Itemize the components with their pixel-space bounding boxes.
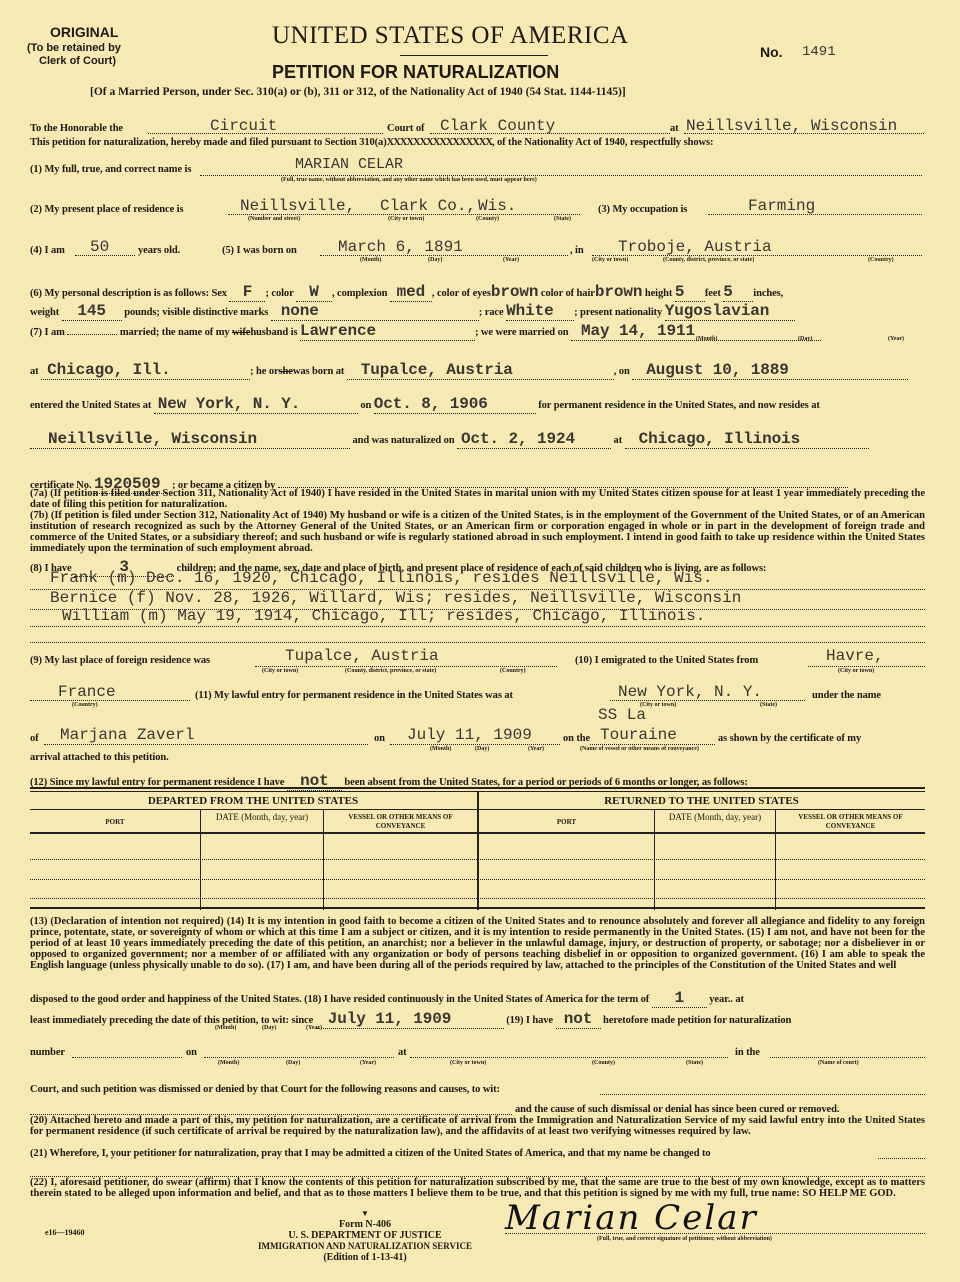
q10-label: (10) I emigrated to the United States fr… <box>575 655 758 666</box>
retained-note-1: (To be retained by <box>27 42 121 54</box>
sex: F <box>229 283 265 302</box>
marriage-place: Chicago, Ill. <box>41 361 250 380</box>
court-county: Clark County <box>440 117 555 135</box>
arrival-label: arrival attached to this petition. <box>30 752 169 763</box>
cap: (City or town) <box>262 668 298 674</box>
in-the-label: in the <box>735 1047 760 1058</box>
current-residence: Neillsville, Wisconsin <box>30 430 350 449</box>
q21-text: (21) Wherefore, I, your petitioner for n… <box>30 1148 711 1159</box>
cap: (Month) <box>215 1025 236 1031</box>
section-note: [Of a Married Person, under Sec. 310(a) … <box>90 86 626 98</box>
table-row <box>30 859 925 860</box>
cap: (Name of court) <box>818 1060 859 1066</box>
title-rule <box>400 55 548 56</box>
cap: (City or town) <box>838 668 874 674</box>
nationality: Yugoslavian <box>665 302 795 321</box>
child-entry: William (m) May 19, 1914, Chicago, Ill; … <box>62 607 705 625</box>
distinctive-marks: none <box>271 302 479 321</box>
naturalization-petition: ORIGINAL (To be retained by Clerk of Cou… <box>0 0 960 1282</box>
edition: (Edition of 1-13-41) <box>250 1252 480 1263</box>
absence-table: DEPARTED FROM THE UNITED STATES RETURNED… <box>30 792 925 910</box>
cap: (Day) <box>475 746 489 752</box>
department: U. S. DEPARTMENT OF JUSTICE <box>250 1230 480 1241</box>
spouse-birthplace: Tupalce, Austria <box>347 361 614 380</box>
birth-date: March 6, 1891 <box>338 238 463 256</box>
col-date: DATE (Month, day, year) <box>655 812 775 822</box>
prior-petition-status: not <box>556 1010 601 1029</box>
print-code: e16—19460 <box>45 1228 85 1237</box>
entry-date: Oct. 8, 1906 <box>374 395 536 414</box>
table-row <box>30 898 925 899</box>
cap: (State) <box>686 1060 703 1066</box>
cap: (County, district, province, or state) <box>663 257 754 263</box>
table-row <box>30 879 925 880</box>
entry-date-lawful: July 11, 1909 <box>407 726 532 744</box>
q18-line1: disposed to the good order and happiness… <box>30 989 744 1008</box>
cap: (City or town) <box>592 257 628 263</box>
birth-place: Troboje, Austria <box>618 238 772 256</box>
entry-name: Marjana Zaverl <box>60 726 194 744</box>
departed-header: DEPARTED FROM THE UNITED STATES <box>30 795 476 807</box>
number-label: number <box>30 1047 65 1058</box>
q7a-text: (7a) (If petition is filed under Section… <box>30 488 925 510</box>
on-label: on <box>374 733 385 744</box>
cap: (Day) <box>428 257 442 263</box>
cap: (Day) <box>798 336 812 342</box>
years-old-label: years old. <box>138 245 180 256</box>
lawful-entry-place: New York, N. Y. <box>618 683 762 701</box>
dismissal-cured-text: and the cause of such dismissal or denia… <box>515 1104 839 1115</box>
cap: (Country) <box>500 668 526 674</box>
cap: (Country) <box>72 702 98 708</box>
cap: (State) <box>760 702 777 708</box>
residence-street: Neillsville, <box>240 197 355 215</box>
q5-label: (5) I was born on <box>222 245 297 256</box>
cap: (Month) <box>360 257 381 263</box>
cap: (Year) <box>528 746 544 752</box>
q6-line2: weight 145 pounds; visible distinctive m… <box>30 302 795 321</box>
cap: (Year) <box>306 1025 322 1031</box>
q18-line2: least immediately preceding the date of … <box>30 1010 791 1029</box>
petition-number: 1491 <box>802 44 836 60</box>
cap: (Month) <box>696 336 717 342</box>
on-label: on <box>186 1047 197 1058</box>
height-feet: 5 <box>675 283 705 302</box>
court-at-label: at <box>670 123 679 134</box>
dismissal-text: Court, and such petition was dismissed o… <box>30 1084 500 1095</box>
height-inches: 5 <box>723 283 753 302</box>
q7-line2: at Chicago, Ill.; he orshewas born at Tu… <box>30 361 908 380</box>
color: W <box>296 283 332 302</box>
cap: (County, district, province, or state) <box>345 668 436 674</box>
cap: (Day) <box>262 1025 276 1031</box>
q13-17-text: (13) (Declaration of intention not requi… <box>30 916 925 971</box>
cap: (City or town) <box>388 216 424 222</box>
complexion: med <box>390 283 432 302</box>
returned-header: RETURNED TO THE UNITED STATES <box>478 795 925 807</box>
spouse-name: Lawrence <box>300 322 475 341</box>
court-intro: To the Honorable the <box>30 123 123 134</box>
q2-label: (2) My present place of residence is <box>30 204 183 215</box>
court-location: Neillsville, Wisconsin <box>686 117 897 135</box>
q1-caption: (Full, true name, without abbreviation, … <box>281 177 537 183</box>
signature-caption: (Full, true, and correct signature of pe… <box>597 1236 772 1242</box>
form-number: Form N-406 <box>250 1219 480 1230</box>
q6-line1: (6) My personal description is as follow… <box>30 283 783 302</box>
col-date: DATE (Month, day, year) <box>201 812 323 822</box>
hair-color: brown <box>595 283 643 301</box>
q4-label: (4) I am <box>30 245 65 256</box>
residence-years: 1 <box>652 989 707 1008</box>
col-port: PORT <box>30 818 200 826</box>
residence-county: Wis. <box>478 197 516 215</box>
child-entry: Bernice (f) Nov. 28, 1926, Willard, Wis;… <box>50 589 741 607</box>
cap: (Year) <box>360 1060 376 1066</box>
cap: (County) <box>476 216 499 222</box>
pursuant-text: This petition for naturalization, hereby… <box>30 137 713 148</box>
cap: (Number and street) <box>248 216 300 222</box>
cap: (Month) <box>218 1060 239 1066</box>
cap: (Month) <box>430 746 451 752</box>
petitioner-name: MARIAN CELAR <box>295 156 403 173</box>
q7-line4: Neillsville, Wisconsin and was naturaliz… <box>30 430 869 449</box>
cap: (Name of vessel or other means of convey… <box>580 746 699 752</box>
retained-note-2: Clerk of Court) <box>39 55 116 67</box>
occupation: Farming <box>748 197 815 215</box>
vessel-prefix: SS La <box>598 706 646 724</box>
triangle-mark-icon: ▼ <box>250 1208 480 1219</box>
struck-text: she <box>279 366 293 377</box>
under-name-label: under the name <box>812 690 881 701</box>
in-label: , in <box>570 245 584 256</box>
vessel-name: Touraine <box>600 726 677 744</box>
court-of-label: Court of <box>387 123 424 134</box>
cap: (City or town) <box>450 1060 486 1066</box>
spouse-naturalization-place: Chicago, Illinois <box>625 430 869 449</box>
race: White <box>506 302 574 321</box>
q1-label: (1) My full, true, and correct name is <box>30 164 191 175</box>
last-foreign-residence: Tupalce, Austria <box>285 647 439 665</box>
court-type: Circuit <box>210 117 277 135</box>
at-label: at <box>398 1047 407 1058</box>
document-title: UNITED STATES OF AMERICA <box>272 22 629 50</box>
q20-text: (20) Attached hereto and made a part of … <box>30 1115 925 1137</box>
q11-label: (11) My lawful entry for permanent resid… <box>195 690 513 701</box>
certificate-label: as shown by the certificate of my <box>718 733 861 744</box>
spouse-naturalization-date: Oct. 2, 1924 <box>457 430 611 449</box>
age: 50 <box>90 238 109 256</box>
cap: (Year) <box>888 336 904 342</box>
struck-text: XXXXXXXXXXXXXXXX <box>387 137 492 148</box>
cap: (Year) <box>503 257 519 263</box>
number-label: No. <box>760 44 783 60</box>
residence-since: July 11, 1909 <box>316 1010 504 1029</box>
weight: 145 <box>62 302 122 321</box>
cap: (Country) <box>868 257 894 263</box>
q7-line3: entered the United States at New York, N… <box>30 395 820 414</box>
q9-label: (9) My last place of foreign residence w… <box>30 655 210 666</box>
col-port: PORT <box>479 818 654 826</box>
eye-color: brown <box>491 283 539 301</box>
form-info: ▼ Form N-406 U. S. DEPARTMENT OF JUSTICE… <box>250 1208 480 1263</box>
col-vessel: VESSEL OR OTHER MEANS OF CONVEYANCE <box>324 813 477 831</box>
q7b-text: (7b) (If petition is filed under Section… <box>30 510 925 554</box>
emigration-country: France <box>58 683 116 701</box>
table-rule <box>30 787 925 789</box>
cap: (Day) <box>286 1060 300 1066</box>
residence-city: Clark Co., <box>380 197 476 215</box>
document-subtitle: PETITION FOR NATURALIZATION <box>272 62 559 83</box>
petitioner-signature: Marian Celar <box>505 1198 758 1238</box>
cap: (State) <box>554 216 571 222</box>
service: IMMIGRATION AND NATURALIZATION SERVICE <box>250 1241 480 1252</box>
child-entry: Frank (m) Dec. 16, 1920, Chicago, Illino… <box>50 569 713 587</box>
q3-label: (3) My occupation is <box>598 204 687 215</box>
cap: (County) <box>592 1060 615 1066</box>
emigration-city: Havre, <box>826 647 884 665</box>
struck-text: wife <box>232 327 250 338</box>
on-the-label: on the <box>563 733 590 744</box>
of-label: of <box>30 733 39 744</box>
col-vessel: VESSEL OR OTHER MEANS OF CONVEYANCE <box>776 813 925 831</box>
original-label: ORIGINAL <box>50 24 118 40</box>
entry-place: New York, N. Y. <box>154 395 358 414</box>
q22-oath-text: (22) I, aforesaid petitioner, do swear (… <box>30 1177 925 1199</box>
spouse-birthdate: August 10, 1889 <box>632 361 908 380</box>
